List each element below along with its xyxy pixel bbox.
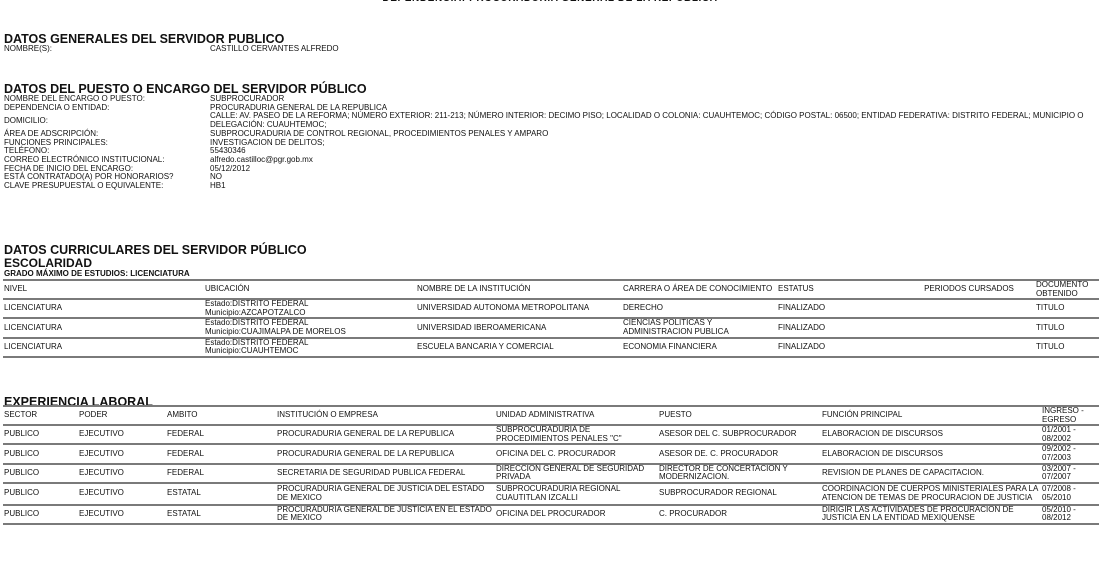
table-row: LICENCIATURAEstado:DISTRITO FEDERALMunic… bbox=[3, 299, 1099, 318]
field-label: NOMBRE(S): bbox=[4, 45, 210, 54]
ubicacion-municipio: Municipio:CUAUHTEMOC bbox=[205, 347, 416, 356]
cell-institucion: UNIVERSIDAD AUTONOMA METROPOLITANA bbox=[416, 299, 622, 318]
table-row: PUBLICOEJECUTIVOESTATALPROCURADURIA GENE… bbox=[3, 505, 1099, 524]
cell-unidad: SUBPROCURADURIA DE PROCEDIMIENTOS PENALE… bbox=[495, 425, 658, 444]
table-row: LICENCIATURAEstado:DISTRITO FEDERALMunic… bbox=[3, 338, 1099, 357]
escolaridad-title: ESCOLARIDAD bbox=[4, 257, 92, 269]
cell-estatus: FINALIZADO bbox=[777, 338, 902, 357]
datos-generales-fields: NOMBRE(S): CASTILLO CERVANTES ALFREDO bbox=[4, 45, 1090, 54]
field-row: FUNCIONES PRINCIPALES:INVESTIGACION DE D… bbox=[4, 139, 1090, 148]
cell-ubicacion: Estado:DISTRITO FEDERALMunicipio:CUAJIMA… bbox=[204, 318, 416, 337]
cell-periodo: 01/2001 - 08/2002 bbox=[1041, 425, 1099, 444]
field-row: NOMBRE DEL ENCARGO O PUESTO:SUBPROCURADO… bbox=[4, 95, 1090, 104]
cell-sector: PUBLICO bbox=[3, 425, 78, 444]
cell-ubicacion: Estado:DISTRITO FEDERALMunicipio:AZCAPOT… bbox=[204, 299, 416, 318]
cell-ambito: FEDERAL bbox=[166, 425, 276, 444]
column-header: UBICACIÓN bbox=[204, 280, 416, 299]
field-label: CLAVE PRESUPUESTAL O EQUIVALENTE: bbox=[4, 182, 210, 191]
field-row: ÁREA DE ADSCRIPCIÓN:SUBPROCURADURIA DE C… bbox=[4, 130, 1090, 139]
field-row: CORREO ELECTRÓNICO INSTITUCIONAL:alfredo… bbox=[4, 156, 1090, 165]
field-row-nombre: NOMBRE(S): CASTILLO CERVANTES ALFREDO bbox=[4, 45, 1090, 54]
cell-funcion: ELABORACION DE DISCURSOS bbox=[821, 444, 1041, 463]
cell-documento: TITULO bbox=[1035, 338, 1099, 357]
cell-documento: TITULO bbox=[1035, 318, 1099, 337]
cell-institucion: PROCURADURIA GENERAL DE LA REPUBLICA bbox=[276, 444, 495, 463]
column-header: NOMBRE DE LA INSTITUCIÓN bbox=[416, 280, 622, 299]
cell-poder: EJECUTIVO bbox=[78, 425, 166, 444]
cell-funcion: REVISION DE PLANES DE CAPACITACION. bbox=[821, 464, 1041, 483]
field-value: 05/12/2012 bbox=[210, 165, 1090, 174]
table-row: PUBLICOEJECUTIVOFEDERALSECRETARIA DE SEG… bbox=[3, 464, 1099, 483]
column-header: INGRESO - EGRESO bbox=[1041, 406, 1099, 425]
field-value: CALLE: AV. PASEO DE LA REFORMA; NÚMERO E… bbox=[210, 112, 1090, 129]
table-row: PUBLICOEJECUTIVOFEDERALPROCURADURIA GENE… bbox=[3, 444, 1099, 463]
cell-puesto: DIRECTOR DE CONCERTACION Y MODERNIZACION… bbox=[658, 464, 821, 483]
cell-documento: TITULO bbox=[1035, 299, 1099, 318]
cell-puesto: SUBPROCURADOR REGIONAL bbox=[658, 483, 821, 505]
field-value: HB1 bbox=[210, 182, 1090, 191]
cell-puesto: C. PROCURADOR bbox=[658, 505, 821, 524]
cell-poder: EJECUTIVO bbox=[78, 444, 166, 463]
ubicacion-municipio: Municipio:AZCAPOTZALCO bbox=[205, 309, 416, 318]
escolaridad-table: NIVELUBICACIÓNNOMBRE DE LA INSTITUCIÓNCA… bbox=[3, 279, 1099, 358]
cell-unidad: DIRECCION GENERAL DE SEGURIDAD PRIVADA bbox=[495, 464, 658, 483]
column-header: CARRERA O ÁREA DE CONOCIMIENTO bbox=[622, 280, 777, 299]
field-value: CASTILLO CERVANTES ALFREDO bbox=[210, 45, 1090, 54]
field-row: DOMICILIO:CALLE: AV. PASEO DE LA REFORMA… bbox=[4, 112, 1090, 129]
cell-poder: EJECUTIVO bbox=[78, 464, 166, 483]
cell-puesto: ASESOR DE. C. PROCURADOR bbox=[658, 444, 821, 463]
cell-carrera: CIENCIAS POLITICAS Y ADMINISTRACION PUBL… bbox=[622, 318, 777, 337]
cell-periodo: 09/2002 - 07/2003 bbox=[1041, 444, 1099, 463]
field-label: DOMICILIO: bbox=[4, 117, 210, 126]
cell-institucion: ESCUELA BANCARIA Y COMERCIAL bbox=[416, 338, 622, 357]
field-value: SUBPROCURADURIA DE CONTROL REGIONAL, PRO… bbox=[210, 130, 1090, 139]
cell-nivel: LICENCIATURA bbox=[3, 299, 204, 318]
cell-ambito: FEDERAL bbox=[166, 444, 276, 463]
cell-puesto: ASESOR DEL C. SUBPROCURADOR bbox=[658, 425, 821, 444]
column-header: INSTITUCIÓN O EMPRESA bbox=[276, 406, 495, 425]
field-value: INVESTIGACION DE DELITOS; bbox=[210, 139, 1090, 148]
cell-periodos bbox=[902, 299, 1035, 318]
field-value: NO bbox=[210, 173, 1090, 182]
cell-ambito: FEDERAL bbox=[166, 464, 276, 483]
cell-poder: EJECUTIVO bbox=[78, 505, 166, 524]
column-header: NIVEL bbox=[3, 280, 204, 299]
cell-sector: PUBLICO bbox=[3, 464, 78, 483]
field-row: ESTÁ CONTRATADO(A) POR HONORARIOS?NO bbox=[4, 173, 1090, 182]
grado-maximo-label: GRADO MÁXIMO DE ESTUDIOS: LICENCIATURA bbox=[4, 269, 190, 278]
cell-funcion: ELABORACION DE DISCURSOS bbox=[821, 425, 1041, 444]
column-header: UNIDAD ADMINISTRATIVA bbox=[495, 406, 658, 425]
cell-poder: EJECUTIVO bbox=[78, 483, 166, 505]
experiencia-table: SECTORPODERAMBITOINSTITUCIÓN O EMPRESAUN… bbox=[3, 405, 1099, 525]
field-row: CLAVE PRESUPUESTAL O EQUIVALENTE:HB1 bbox=[4, 182, 1090, 191]
cell-ambito: ESTATAL bbox=[166, 483, 276, 505]
cell-ubicacion: Estado:DISTRITO FEDERALMunicipio:CUAUHTE… bbox=[204, 338, 416, 357]
column-header: PODER bbox=[78, 406, 166, 425]
cell-estatus: FINALIZADO bbox=[777, 299, 902, 318]
cell-carrera: ECONOMIA FINANCIERA bbox=[622, 338, 777, 357]
column-header: SECTOR bbox=[3, 406, 78, 425]
column-header: PUESTO bbox=[658, 406, 821, 425]
cell-nivel: LICENCIATURA bbox=[3, 338, 204, 357]
cell-institucion: SECRETARIA DE SEGURIDAD PUBLICA FEDERAL bbox=[276, 464, 495, 483]
cell-unidad: SUBPROCURADURIA REGIONAL CUAUTITLAN IZCA… bbox=[495, 483, 658, 505]
cell-institucion: PROCURADURIA GENERAL DE JUSTICIA EN EL E… bbox=[276, 505, 495, 524]
cell-institucion: PROCURADURIA GENERAL DE JUSTICIA DEL EST… bbox=[276, 483, 495, 505]
cell-periodo: 07/2008 - 05/2010 bbox=[1041, 483, 1099, 505]
cell-funcion: COORDINACION DE CUERPOS MINISTERIALES PA… bbox=[821, 483, 1041, 505]
datos-puesto-fields: NOMBRE DEL ENCARGO O PUESTO:SUBPROCURADO… bbox=[4, 95, 1090, 191]
column-header: DOCUMENTO OBTENIDO bbox=[1035, 280, 1099, 299]
column-header: ESTATUS bbox=[777, 280, 902, 299]
field-row: TELÉFONO:55430346 bbox=[4, 147, 1090, 156]
field-value[interactable]: alfredo.castilloc@pgr.gob.mx bbox=[210, 156, 1090, 165]
cell-periodo: 03/2007 - 07/2007 bbox=[1041, 464, 1099, 483]
ubicacion-municipio: Municipio:CUAJIMALPA DE MORELOS bbox=[205, 328, 416, 337]
cell-estatus: FINALIZADO bbox=[777, 318, 902, 337]
field-value: 55430346 bbox=[210, 147, 1090, 156]
experiencia-header-row: SECTORPODERAMBITOINSTITUCIÓN O EMPRESAUN… bbox=[3, 406, 1099, 425]
cell-institucion: UNIVERSIDAD IBEROAMERICANA bbox=[416, 318, 622, 337]
cell-institucion: PROCURADURIA GENERAL DE LA REPUBLICA bbox=[276, 425, 495, 444]
column-header: AMBITO bbox=[166, 406, 276, 425]
cell-carrera: DERECHO bbox=[622, 299, 777, 318]
table-row: PUBLICOEJECUTIVOESTATALPROCURADURIA GENE… bbox=[3, 483, 1099, 505]
cell-sector: PUBLICO bbox=[3, 444, 78, 463]
column-header: FUNCIÓN PRINCIPAL bbox=[821, 406, 1041, 425]
field-label: DEPENDENCIA O ENTIDAD: bbox=[4, 104, 210, 113]
cell-periodos bbox=[902, 338, 1035, 357]
cell-periodos bbox=[902, 318, 1035, 337]
cell-sector: PUBLICO bbox=[3, 505, 78, 524]
cell-sector: PUBLICO bbox=[3, 483, 78, 505]
cell-nivel: LICENCIATURA bbox=[3, 318, 204, 337]
table-row: LICENCIATURAEstado:DISTRITO FEDERALMunic… bbox=[3, 318, 1099, 337]
cell-ambito: ESTATAL bbox=[166, 505, 276, 524]
document-header-title: DEPENDENCIA: PROCURADURIA GENERAL DE LA … bbox=[0, 0, 1100, 4]
table-row: PUBLICOEJECUTIVOFEDERALPROCURADURIA GENE… bbox=[3, 425, 1099, 444]
escolaridad-header-row: NIVELUBICACIÓNNOMBRE DE LA INSTITUCIÓNCA… bbox=[3, 280, 1099, 299]
column-header: PERIODOS CURSADOS bbox=[902, 280, 1035, 299]
cell-unidad: OFICINA DEL PROCURADOR bbox=[495, 505, 658, 524]
cell-unidad: OFICINA DEL C. PROCURADOR bbox=[495, 444, 658, 463]
cell-funcion: DIRIGIR LAS ACTIVIDADES DE PROCURACION D… bbox=[821, 505, 1041, 524]
cell-periodo: 05/2010 - 08/2012 bbox=[1041, 505, 1099, 524]
